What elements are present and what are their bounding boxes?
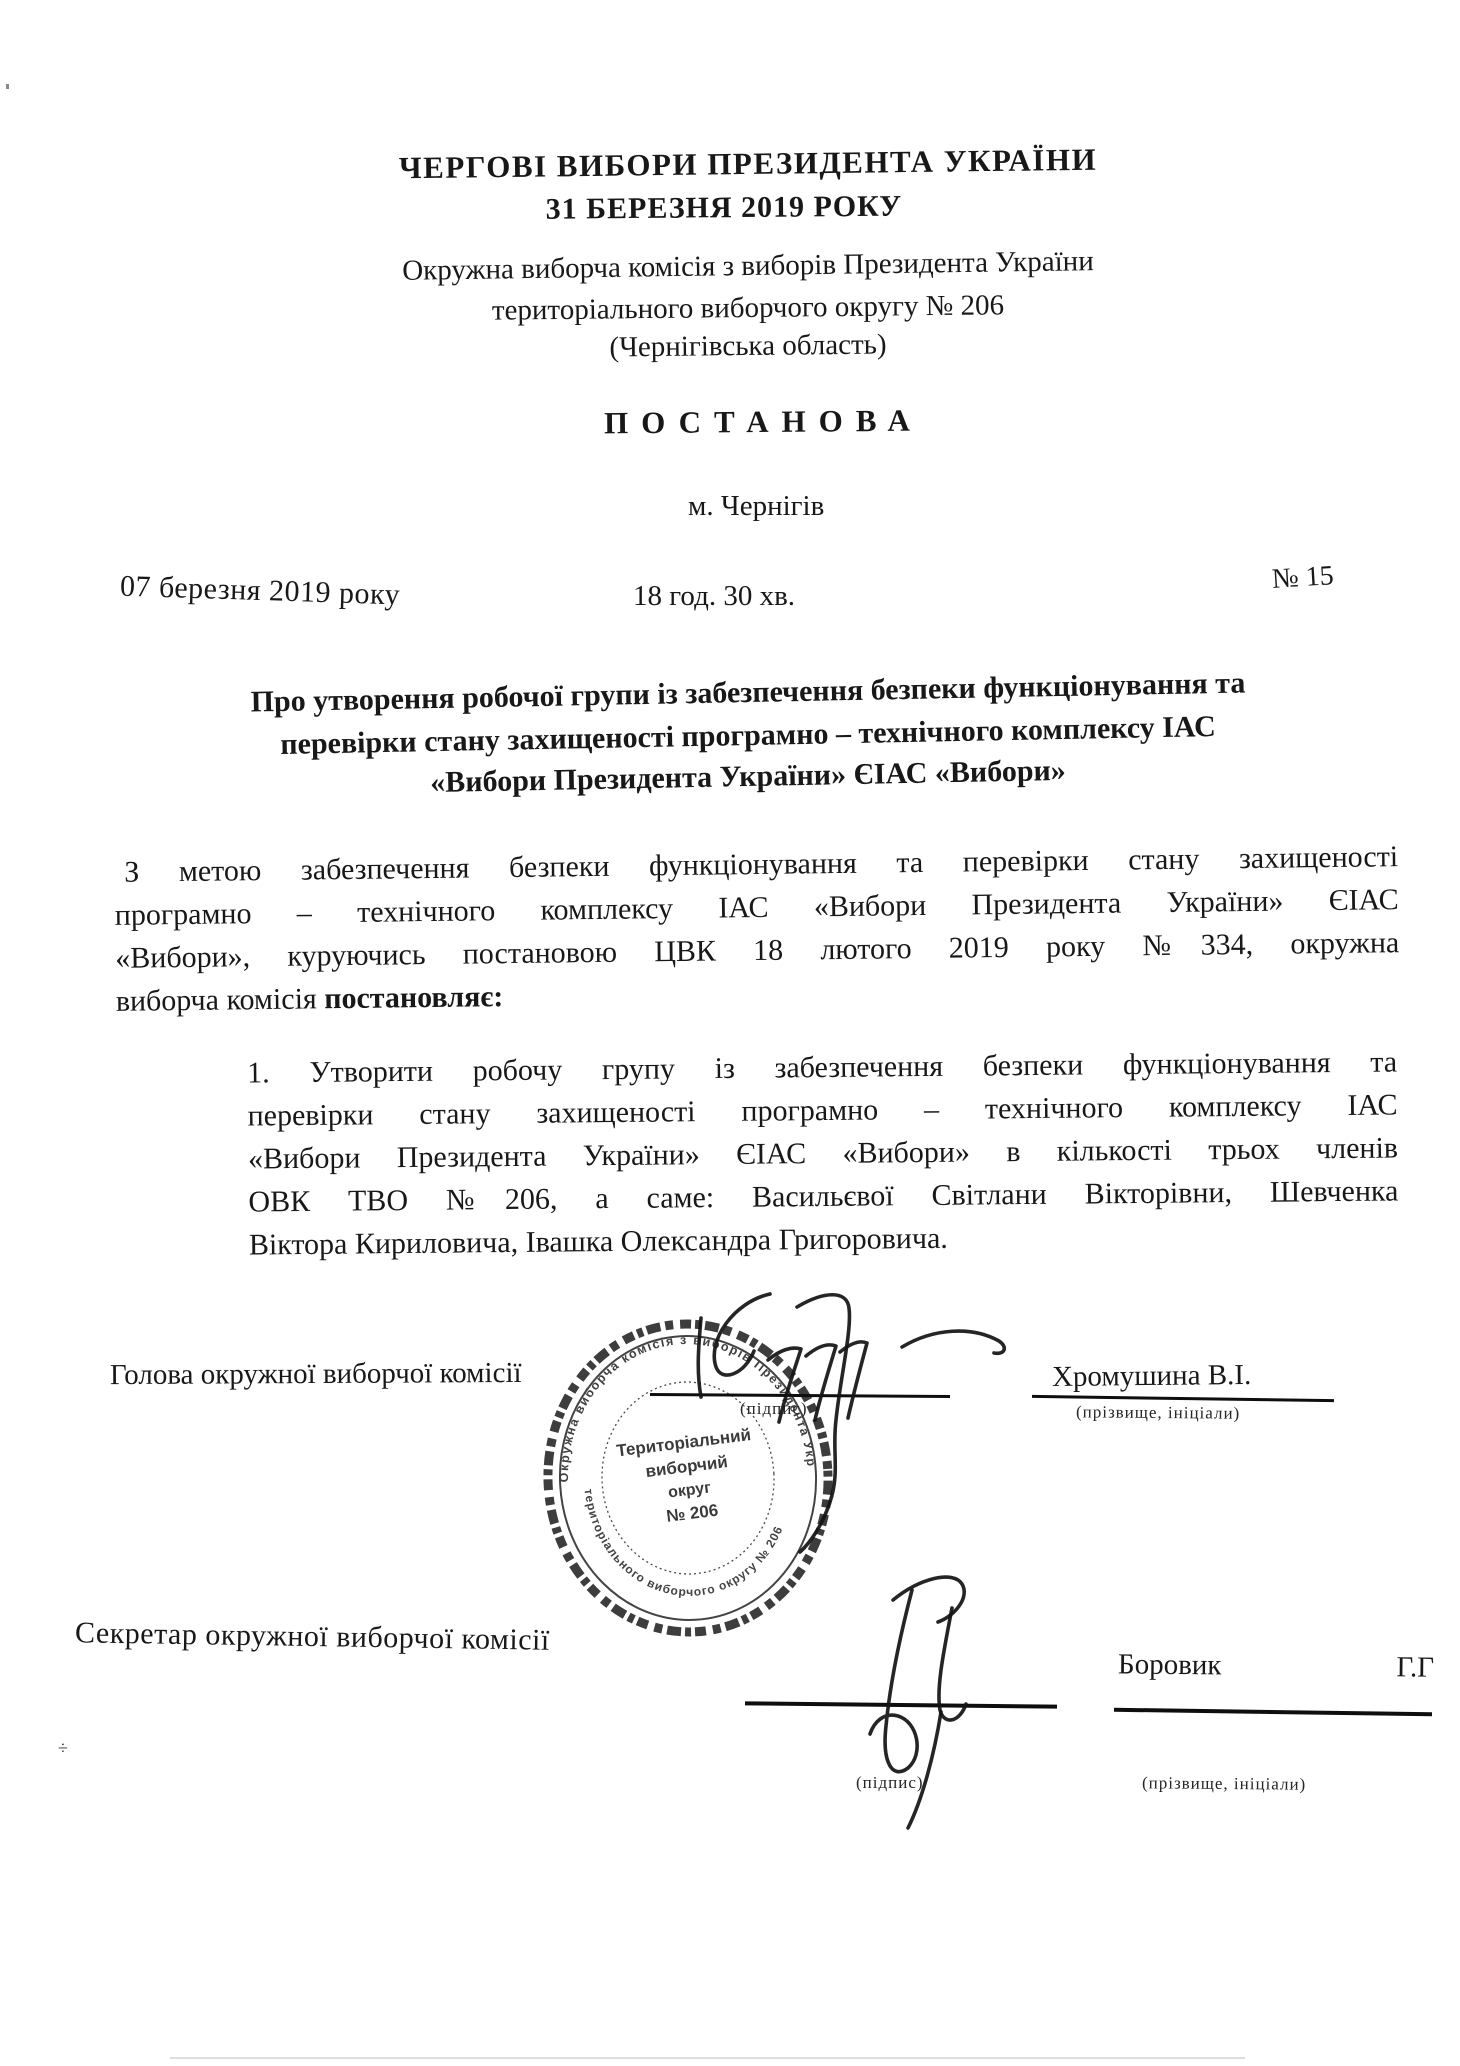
secretary-name-line [1114,1708,1432,1716]
commission-name-line1: Окружна виборча комісія з виборів Презид… [36,240,1460,293]
secretary-signature-ink [870,1577,966,1828]
head-name-caption: (прізвище, ініціали) [1076,1402,1240,1423]
corner-scan-dot [6,84,9,89]
doc-time: 18 год. 30 хв. [633,580,795,613]
secretary-name-caption: (прізвище, ініціали) [1142,1773,1306,1794]
handwritten-signatures [540,1270,1060,1850]
intro-paragraph: З метою забезпечення безпеки функціонува… [114,835,1400,1023]
intro-resolves-bold: постановляє: [324,980,503,1015]
secretary-role-label: Секретар окружної виборчої комісії [75,1616,550,1657]
secretary-name: Боровик Г.Г [1118,1648,1434,1684]
secretary-initials: Г.Г [1396,1651,1434,1684]
item1-paragraph: 1. Утворити робочу групу із забезпечення… [247,1040,1399,1266]
head-role-label: Голова окружної виборчої комісії [110,1357,522,1392]
head-signature-ink [698,1294,1004,1552]
head-name-line [1032,1395,1334,1402]
doc-number: № 15 [1271,560,1335,596]
scanned-resolution-page: ЧЕРГОВІ ВИБОРИ ПРЕЗИДЕНТА УКРАЇНИ 31 БЕР… [0,0,1460,2066]
secretary-surname: Боровик [1118,1648,1222,1682]
election-header-line1: ЧЕРГОВІ ВИБОРИ ПРЕЗИДЕНТА УКРАЇНИ [36,137,1460,190]
doc-type-title: ПОСТАНОВА [604,403,923,442]
intro-resolves-normal: виборча комісія [116,982,325,1018]
head-name: Хромушина В.І. [1052,1359,1252,1394]
election-header-line2: 31 БЕРЕЗНЯ 2019 РОКУ [12,185,1436,231]
doc-city: м. Чернігів [688,490,824,523]
margin-scan-mark: ÷ [58,1738,68,1759]
bottom-scan-line [170,2057,1245,2059]
doc-date: 07 березня 2019 року [120,570,401,613]
